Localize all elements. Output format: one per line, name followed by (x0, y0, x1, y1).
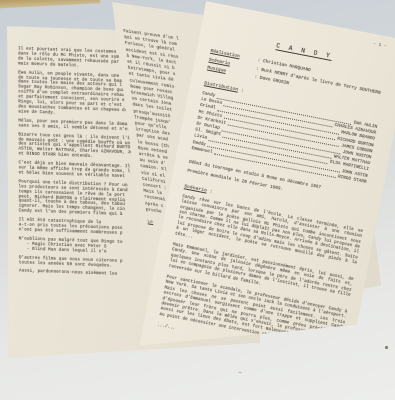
page-number: - 1 - (217, 12, 395, 52)
debris-mark (238, 372, 242, 374)
tan-object-edge (0, 0, 100, 9)
photo-of-documents: Il est pourtant vrai que les costumes à … (0, 0, 395, 400)
debris-mark (385, 346, 388, 349)
cast-list: Candy EWA AULIN Le Bossu CHARLES AZNAVOU… (191, 91, 378, 186)
